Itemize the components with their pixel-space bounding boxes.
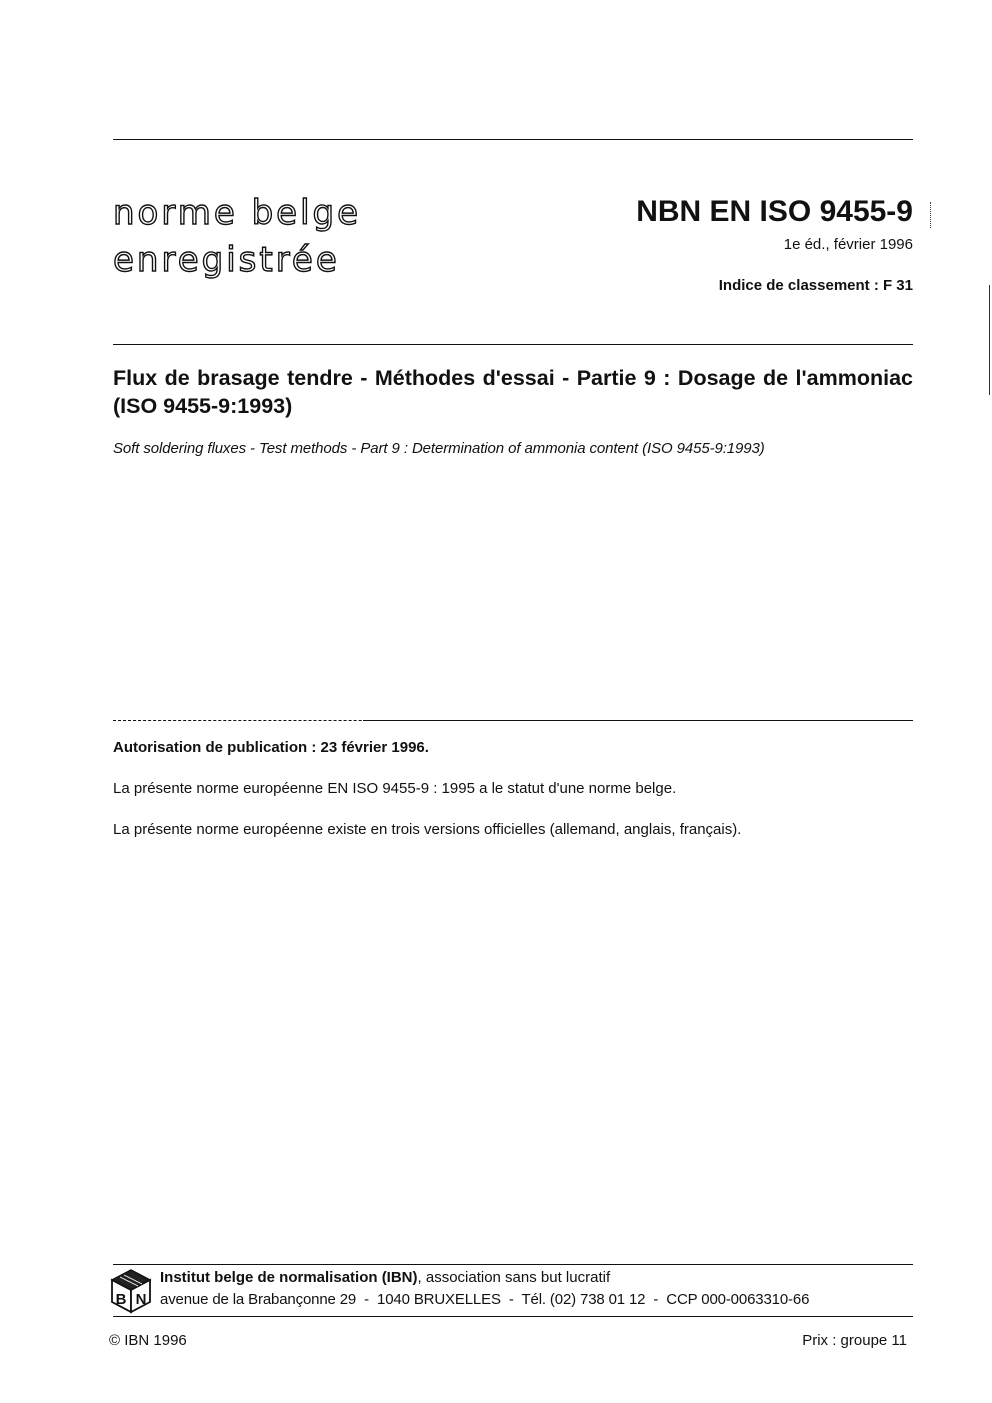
edition-date: 1e éd., février 1996 — [784, 237, 913, 252]
header-bottom-rule — [113, 344, 913, 345]
top-rule — [113, 139, 913, 140]
classification-index: Indice de classement : F 31 — [719, 278, 913, 293]
scan-edge-artifact — [989, 285, 990, 395]
copyright-notice: © IBN 1996 — [109, 1333, 187, 1348]
price-group: Prix : groupe 11 — [802, 1333, 907, 1348]
svg-text:B: B — [116, 1291, 127, 1308]
section-rule — [113, 720, 913, 721]
english-title: Soft soldering fluxes - Test methods - P… — [113, 441, 765, 456]
institute-name: Institut belge de normalisation (IBN) — [160, 1269, 418, 1286]
statement-paragraph: La présente norme européenne EN ISO 9455… — [113, 781, 676, 796]
statement-paragraph: La présente norme européenne existe en t… — [113, 822, 741, 837]
footer-bottom-rule — [113, 1316, 913, 1317]
institute-address: avenue de la Brabançonne 29 - 1040 BRUXE… — [160, 1292, 809, 1307]
publication-authorization: Autorisation de publication : 23 février… — [113, 740, 429, 755]
doc-type-title-line1: norme belge — [113, 196, 361, 230]
svg-text:N: N — [136, 1291, 147, 1308]
doc-type-title-line2: enregistrée — [113, 243, 340, 277]
footer-top-rule — [113, 1264, 913, 1265]
ibn-cube-logo-icon: B N — [110, 1268, 152, 1314]
standard-number: NBN EN ISO 9455-9 — [636, 197, 913, 227]
institute-info: Institut belge de normalisation (IBN), a… — [160, 1270, 610, 1285]
french-title: Flux de brasage tendre - Méthodes d'essa… — [113, 364, 913, 420]
scan-artifact — [930, 202, 945, 228]
institute-suffix: , association sans but lucratif — [418, 1269, 611, 1286]
